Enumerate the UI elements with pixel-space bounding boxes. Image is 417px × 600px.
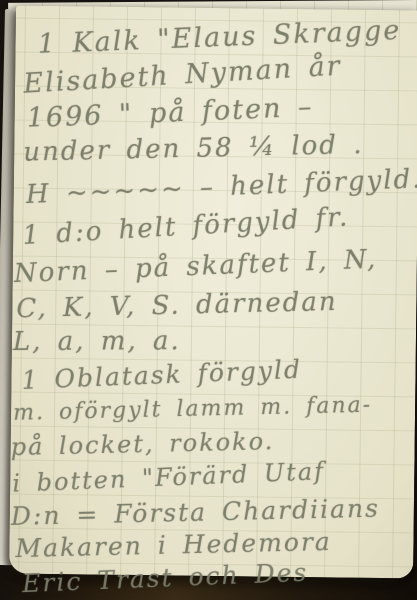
notebook-page: 1 Kalk "Elaus Skragge Elisabeth Nyman år… xyxy=(9,6,417,579)
handwriting-line: L, a, m, a. xyxy=(13,326,181,357)
handwriting-line: i botten "Förärd Utaf xyxy=(12,457,326,498)
handwriting-line: 1 Oblatask förgyld xyxy=(21,355,302,395)
handwriting-line: H ~~~~~ – helt förgyld. xyxy=(25,164,417,210)
handwriting-line: under den 58 ¼ lod . xyxy=(23,130,364,168)
photo-background: 1 Kalk "Elaus Skragge Elisabeth Nyman år… xyxy=(0,0,417,600)
handwriting-line: 1696 " på foten – xyxy=(26,92,314,134)
handwriting-line: 1 Kalk "Elaus Skragge xyxy=(37,15,402,61)
handwriting-line: m. oförgylt lamm m. fana- xyxy=(13,393,373,426)
handwriting-line: 1 d:o helt förgyld fr. xyxy=(22,202,350,251)
handwriting-line: D:n = Första Chardiians xyxy=(11,494,381,531)
handwriting-line: C, K, V, S. därnedan xyxy=(16,287,338,324)
handwriting-line: på locket, rokoko. xyxy=(10,427,274,461)
handwriting-line: Norn – på skaftet I, N, xyxy=(13,244,377,289)
